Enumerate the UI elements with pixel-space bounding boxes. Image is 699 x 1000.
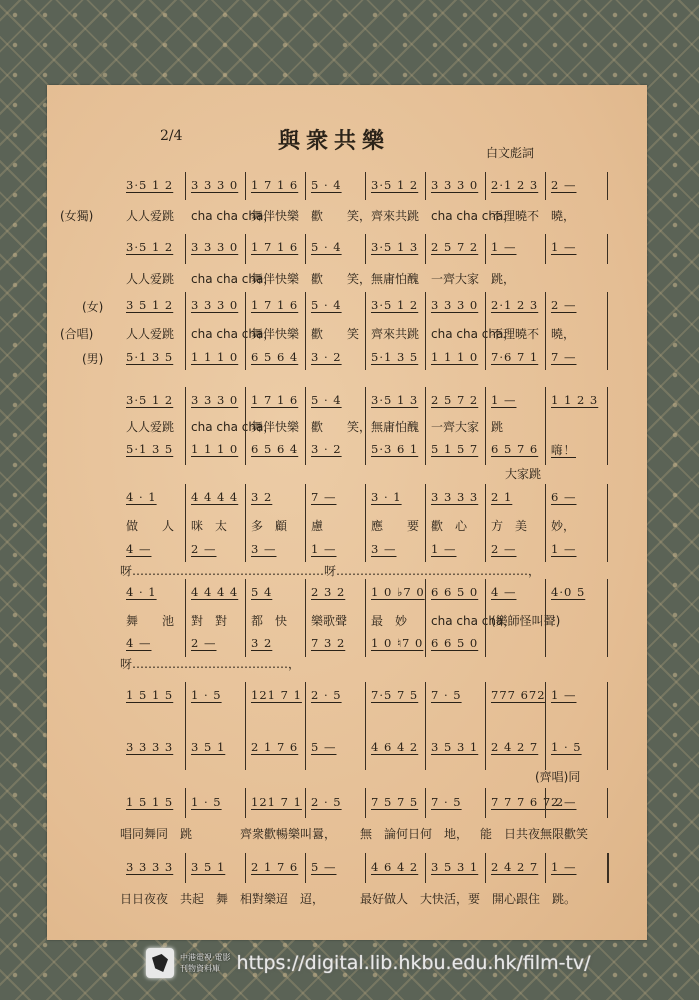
lyric-segment: (樂師怪叫聲) (491, 612, 560, 630)
bar-line (485, 387, 486, 465)
bar-line (607, 853, 609, 883)
note-group-upper: 4 · 1 (126, 585, 157, 603)
bar-line (425, 853, 426, 883)
bar-line (545, 682, 546, 770)
note-group-upper: 6 6 5 0 (431, 585, 478, 603)
archive-url[interactable]: https://digital.lib.hkbu.edu.hk/film-tv/ (237, 952, 591, 974)
note-group-lower: 5·1 3 5 (371, 350, 418, 368)
bar-line (305, 788, 306, 818)
bar-line (425, 788, 426, 818)
lyric-segment: 不理曉不 (491, 325, 539, 343)
bar-line (485, 484, 486, 562)
lyric-segment: 歡 笑， (311, 207, 371, 225)
note-group-lower: 6 5 7 6 (491, 442, 538, 460)
lyric-segment: 樂歌聲 (311, 612, 347, 630)
bar-line (365, 292, 366, 370)
bar-line (485, 682, 486, 770)
bar-line (245, 387, 246, 465)
bar-line (245, 234, 246, 264)
bar-line (425, 172, 426, 200)
note-group: 3 3 3 0 (431, 178, 478, 196)
note-group-upper: 1 — (551, 688, 576, 706)
note-group-lower: 2 4 2 7 (491, 740, 538, 758)
note-group: 3 5 3 1 (431, 860, 478, 878)
note-group-lower: 1 — (311, 542, 336, 560)
lyric-segment: 咪 太 (191, 517, 227, 535)
bar-line (185, 579, 186, 657)
note-group-lower: 3 — (371, 542, 396, 560)
note-group-upper: 2 1 (491, 490, 512, 508)
note-group-lower: 7·6 7 1 (491, 350, 538, 368)
note-group-upper: 7 · 5 (431, 688, 462, 706)
bar-line (365, 387, 366, 465)
note-group-upper: 1 — (491, 393, 516, 411)
note-group-upper: 3·5 1 3 (371, 393, 418, 411)
lyric-segment: 無庸怕醜 (371, 418, 419, 436)
note-group-upper: 4·0 5 (551, 585, 585, 603)
note-group-lower: 2 — (191, 542, 216, 560)
bar-line (425, 387, 426, 465)
note-group-upper: 777 672 (491, 688, 546, 706)
bar-line (607, 682, 608, 770)
note-group-lower: 6 5 6 4 (251, 442, 298, 460)
bar-line (607, 579, 608, 657)
lyric-line: 日日夜夜 共起 舞 相對樂迢 迢， (120, 890, 324, 908)
note-group-lower: 3 5 1 (191, 740, 225, 758)
note-group-upper: 3 3 3 0 (431, 298, 478, 316)
bar-line (545, 788, 546, 818)
note-group-lower: 5·1 3 5 (126, 442, 173, 460)
note-group-lower: 1 0 ♮7 0 (371, 636, 423, 654)
lyric-segment: 歡 笑， (311, 418, 371, 436)
note-group: 3 3 3 0 (191, 178, 238, 196)
note-group-lower: 6 5 6 4 (251, 350, 298, 368)
note-group: 2 5 7 2 (431, 240, 478, 258)
note-group-upper: 121 7 1 (251, 688, 302, 706)
archive-logo-icon (146, 948, 174, 978)
note-group: 2 4 2 7 (491, 860, 538, 878)
note-group-upper: 2 · 5 (311, 688, 342, 706)
bar-line (245, 788, 246, 818)
lyric-segment: 多 顧 (251, 517, 287, 535)
bar-line (365, 853, 366, 883)
bar-line (245, 484, 246, 562)
note-group-lower: 5·3 6 1 (371, 442, 418, 460)
note-group-upper: 1 1 2 3 (551, 393, 598, 411)
lyric-segment: 應 要 (371, 517, 419, 535)
lyric-segment: 無庸怕醜 (371, 270, 419, 288)
lyric-segment: 跳 (491, 418, 503, 436)
lyric-segment: 舞伴快樂 (251, 325, 299, 343)
bar-line (365, 579, 366, 657)
bar-line (185, 484, 186, 562)
note-group-upper: 3 3 3 0 (191, 298, 238, 316)
bar-line (485, 172, 486, 200)
bar-line (545, 172, 546, 200)
bar-line (607, 484, 608, 562)
lyric-segment: 舞 池 (126, 612, 174, 630)
filler-line-1: 呀…………………………………………呀…………………………………………， (120, 562, 540, 579)
note-group: 5 · 4 (311, 240, 342, 258)
bar-line (305, 234, 306, 264)
lyric-segment: 對 對 (191, 612, 227, 630)
note-group-upper: 7·5 7 5 (371, 688, 418, 706)
lyric-line: 能 日共夜無限歡笑 (480, 825, 588, 843)
note-group-upper: 2 3 2 (311, 585, 345, 603)
bar-line (607, 292, 608, 370)
archive-name: 中港電視‧電影 刊物資料庫 (180, 952, 231, 974)
bar-line (365, 234, 366, 264)
bar-line (245, 292, 246, 370)
lyric-line: 最好做人 大快活，要 開心跟住 跳。 (360, 890, 576, 908)
note-group-lower: 5·1 3 5 (126, 350, 173, 368)
bar-line (305, 579, 306, 657)
note-group-upper: 6 — (551, 490, 576, 508)
note-group-lower: 3 2 (251, 636, 272, 654)
bar-line (305, 172, 306, 200)
note-group-upper: 4 4 4 4 (191, 490, 238, 508)
time-signature: 2/4 (160, 128, 183, 144)
lyric-segment: 舞伴快樂 (251, 418, 299, 436)
note-group-upper: 5 4 (251, 585, 272, 603)
bar-line (185, 234, 186, 264)
note-group-upper: 1 0 ♭7 0 (371, 585, 425, 603)
bar-line (185, 292, 186, 370)
lyric-segment: 慮 (311, 517, 323, 535)
note-group: 3 3 3 3 (126, 860, 173, 878)
lyric-segment: 齊來共跳 (371, 325, 419, 343)
note-group-lower: 3 · 2 (311, 350, 342, 368)
bar-line (425, 579, 426, 657)
note-group-upper: 4 · 1 (126, 490, 157, 508)
note-group-upper: 7 — (311, 490, 336, 508)
lyric-segment: 人人爱跳 (126, 325, 174, 343)
bar-line (607, 234, 608, 264)
note-group-upper: 1 · 5 (191, 688, 222, 706)
bar-line (185, 387, 186, 465)
bar-line (245, 579, 246, 657)
lyric-segment: 曉， (551, 207, 575, 225)
lyric-segment: 跳， (491, 270, 515, 288)
bar-line (425, 682, 426, 770)
bar-line (185, 788, 186, 818)
bar-line (545, 387, 546, 465)
lyric-segment: 舞伴快樂 (251, 270, 299, 288)
note-group: 3·5 1 2 (371, 178, 418, 196)
lyric-line: 無 論何日何 地， (360, 825, 468, 843)
lyric-segment: 歡 笑 (311, 325, 359, 343)
lyric-segment: 舞伴快樂 (251, 207, 299, 225)
note-group-lower: 1 1 1 0 (191, 350, 238, 368)
note-group: 1 — (551, 240, 576, 258)
bar-line (485, 292, 486, 370)
note-group-lower: 1 — (431, 542, 456, 560)
lyric-segment: 曉， (551, 325, 575, 343)
note-group-lower: 1 — (551, 542, 576, 560)
note-group-lower: 4 — (126, 542, 151, 560)
note-group: 7 · 5 (431, 795, 462, 813)
bar-line (245, 853, 246, 883)
note-group: 4 6 4 2 (371, 860, 418, 878)
bar-line (245, 682, 246, 770)
note-group-upper: 3 3 3 0 (191, 393, 238, 411)
lyric-segment: 人人爱跳 (126, 207, 174, 225)
note-group-upper: 1 7 1 6 (251, 298, 298, 316)
note-group-lower: 2 1 7 6 (251, 740, 298, 758)
note-group-lower: 5 — (311, 740, 336, 758)
bar-line (425, 484, 426, 562)
bar-line (607, 387, 608, 465)
bar-line (185, 172, 186, 200)
bar-line (425, 234, 426, 264)
bar-line (305, 484, 306, 562)
note-group: 2 — (551, 795, 576, 813)
note-group-upper: 2 — (551, 298, 576, 316)
note-group-lower: 3 · 2 (311, 442, 342, 460)
note-group-upper: 1 5 1 5 (126, 688, 173, 706)
note-group-lower: 5 1 5 7 (431, 442, 478, 460)
watermark: 中港電視‧電影 刊物資料庫 https://digital.lib.hkbu.e… (146, 948, 591, 978)
extra-lyric: 大家跳 (505, 465, 541, 482)
lyric-segment: 歡 笑， (311, 270, 371, 288)
lyric-segment: 人人爱跳 (126, 270, 174, 288)
note-group-lower: 3 3 3 3 (126, 740, 173, 758)
bar-line (365, 484, 366, 562)
lyricist-credit: 白文彪詞 (486, 144, 534, 161)
note-group: 7 5 7 5 (371, 795, 418, 813)
bar-line (545, 853, 546, 883)
lyric-segment: 妙， (551, 517, 575, 535)
note-group-lower: 1 1 1 0 (431, 350, 478, 368)
part-label-female-solo: (女獨) (60, 207, 93, 224)
filler-line-2: 呀…………………………………， (120, 655, 300, 672)
bar-line (365, 788, 366, 818)
note-group-lower: 4 6 4 2 (371, 740, 418, 758)
note-group-upper: 3 2 (251, 490, 272, 508)
note-group-lower: 2 — (191, 636, 216, 654)
note-group: 2·1 2 3 (491, 178, 538, 196)
note-group: 1 — (551, 860, 576, 878)
note-group-upper: 1 7 1 6 (251, 393, 298, 411)
note-group: 1 — (491, 240, 516, 258)
note-group-upper: 3 · 1 (371, 490, 402, 508)
note-group: 5 · 4 (311, 178, 342, 196)
note-group-upper: 5 · 4 (311, 298, 342, 316)
bar-line (545, 484, 546, 562)
part-label-female: (女) (82, 298, 103, 315)
song-title: 與衆共樂 (278, 124, 390, 155)
note-group-lower: 2 — (491, 542, 516, 560)
note-group: 121 7 1 (251, 795, 302, 813)
lyric-segment: 不理曉不 (491, 207, 539, 225)
lyric-segment: 齊來共跳 (371, 207, 419, 225)
bar-line (485, 853, 486, 883)
unison-cue: (齊唱)同 (535, 768, 580, 785)
note-group-upper: 3 5 1 2 (126, 298, 173, 316)
bar-line (365, 682, 366, 770)
lyric-segment: 都 快 (251, 612, 287, 630)
lyric-segment: 一齊大家 (431, 418, 479, 436)
lyric-line: 齊衆歡暢樂叫囂， (240, 825, 336, 843)
note-group: 5 — (311, 860, 336, 878)
note-group-upper: 2 5 7 2 (431, 393, 478, 411)
note-group-lower: 嗨！ (551, 442, 576, 460)
note-group-lower: 4 — (126, 636, 151, 654)
bar-line (425, 292, 426, 370)
lyric-segment: 最 妙 (371, 612, 407, 630)
lyric-segment: 歡 心 (431, 517, 467, 535)
note-group: 1 7 1 6 (251, 240, 298, 258)
note-group-lower: 7 — (551, 350, 576, 368)
note-group: 2 · 5 (311, 795, 342, 813)
lyric-segment: 方 美 (491, 517, 527, 535)
bar-line (485, 579, 486, 657)
bar-line (185, 853, 186, 883)
bar-line (545, 292, 546, 370)
note-group-lower: 7 3 2 (311, 636, 345, 654)
note-group: 3·5 1 3 (371, 240, 418, 258)
lyric-segment: 人人爱跳 (126, 418, 174, 436)
note-group-upper: 4 — (491, 585, 516, 603)
bar-line (485, 234, 486, 264)
note-group-lower: 6 6 5 0 (431, 636, 478, 654)
lyric-line: 唱同舞同 跳 (120, 825, 192, 843)
note-group-upper: 4 4 4 4 (191, 585, 238, 603)
note-group: 2 1 7 6 (251, 860, 298, 878)
note-group: 3 5 1 (191, 860, 225, 878)
note-group-upper: 5 · 4 (311, 393, 342, 411)
bar-line (245, 172, 246, 200)
note-group-lower: 1 · 5 (551, 740, 582, 758)
bar-line (485, 788, 486, 818)
bar-line (607, 788, 608, 818)
bar-line (305, 292, 306, 370)
bar-line (305, 853, 306, 883)
bar-line (305, 387, 306, 465)
bar-line (545, 234, 546, 264)
note-group: 3 3 3 0 (191, 240, 238, 258)
note-group: 3·5 1 2 (126, 240, 173, 258)
note-group: 1 · 5 (191, 795, 222, 813)
bar-line (305, 682, 306, 770)
lyric-segment: 一齊大家 (431, 270, 479, 288)
note-group: 1 7 1 6 (251, 178, 298, 196)
note-group: 1 5 1 5 (126, 795, 173, 813)
note-group-lower: 3 — (251, 542, 276, 560)
note-group-upper: 3 3 3 3 (431, 490, 478, 508)
bar-line (365, 172, 366, 200)
note-group-lower: 3 5 3 1 (431, 740, 478, 758)
note-group-upper: 3·5 1 2 (126, 393, 173, 411)
part-label-male: (男) (82, 350, 103, 367)
note-group-upper: 3·5 1 2 (371, 298, 418, 316)
note-group: 3·5 1 2 (126, 178, 173, 196)
note-group: 2 — (551, 178, 576, 196)
part-label-chorus: (合唱) (60, 325, 93, 342)
note-group-upper: 2·1 2 3 (491, 298, 538, 316)
bar-line (607, 172, 608, 200)
lyric-segment: 做 人 (126, 517, 174, 535)
note-group-lower: 1 1 1 0 (191, 442, 238, 460)
bar-line (545, 579, 546, 657)
bar-line (185, 682, 186, 770)
